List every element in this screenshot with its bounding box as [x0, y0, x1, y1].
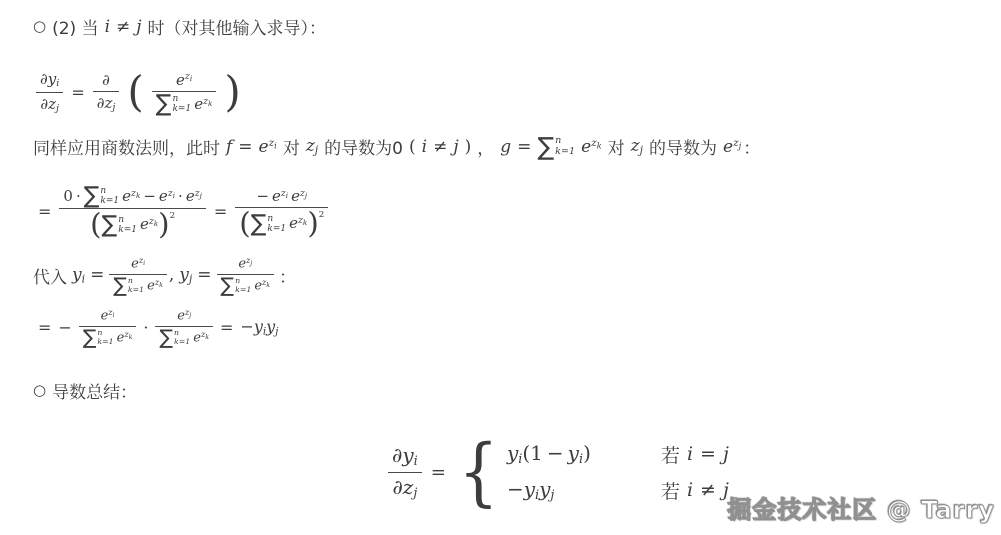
- equals-sign: =: [220, 318, 233, 337]
- equals-sign: =: [700, 443, 716, 465]
- var-yj: yj: [179, 265, 192, 285]
- partial-zj: ∂zj: [40, 95, 59, 115]
- sigma-symbol: ∑: [84, 186, 100, 206]
- var-j: j: [136, 17, 141, 37]
- e-pow-zk: ezk: [581, 137, 602, 157]
- summary-title-text: 导数总结：: [52, 378, 137, 403]
- case-row-not-equal: −yiyj 若 i ≠ j: [507, 477, 729, 504]
- equals-sign: =: [71, 83, 84, 102]
- exponent-2: 2: [319, 210, 325, 220]
- e-pow-zk: ezk: [117, 330, 133, 346]
- equals-sign: =: [214, 202, 227, 221]
- heading-post-text: 时（对其他输入求导）：: [148, 14, 327, 39]
- e-pow-zk: ezk: [194, 95, 212, 113]
- sum-operator: ∑nk=1: [102, 215, 137, 235]
- left-brace: {: [458, 437, 498, 507]
- cdot-sign: ·: [76, 187, 81, 205]
- fraction-yi-definition: ezi ∑nk=1ezk: [109, 256, 167, 294]
- e-pow-zi: ezi: [272, 187, 288, 205]
- case-condition: 若 i ≠ j: [661, 477, 729, 504]
- sum-limits: nk=1: [97, 329, 113, 346]
- summary-heading: ○ 导数总结：: [33, 378, 137, 403]
- sigma-symbol: ∑: [537, 136, 554, 157]
- comma-cn: ，: [477, 134, 494, 159]
- sum-lower-k1: k=1: [174, 338, 190, 347]
- equals-sign: =: [431, 462, 446, 483]
- word-if: 若: [661, 441, 680, 468]
- squared-sum-group: (∑nk=1 ezk)2: [90, 211, 175, 237]
- var-g: g: [500, 137, 511, 157]
- partial-yi: ∂yi: [40, 70, 59, 90]
- minus-sign: −: [58, 318, 71, 337]
- minus-sign: −: [256, 187, 269, 205]
- sum-limits: nk=1: [174, 329, 190, 346]
- e-pow-zk: ezk: [147, 278, 163, 294]
- sum-operator: ∑nk=1: [159, 329, 190, 346]
- comma: ,: [169, 265, 174, 285]
- case-row-equal: yi(1 − yi) 若 i = j: [507, 441, 729, 468]
- sum-limits: nk=1: [555, 136, 575, 157]
- neq-sign: ≠: [700, 479, 716, 501]
- formula-summary-cases: ∂yi ∂zj = { yi(1 − yi) 若 i = j −yiyj: [388, 437, 729, 507]
- e-pow-zi: ezi: [101, 308, 115, 324]
- partial-zj: ∂zj: [392, 475, 417, 501]
- zero-digit: 0: [63, 187, 73, 205]
- e-pow-zi: ezi: [259, 137, 277, 157]
- quotient-rule-sentence: 同样应用商数法则，此时 f = ezi 对 zj 的导数为0 ( i ≠ j )…: [33, 134, 760, 159]
- neq-sign: ≠: [433, 137, 447, 157]
- colon-cn: ：: [743, 134, 760, 159]
- bullet-circle-icon: ○: [33, 383, 46, 398]
- close-paren: ): [307, 206, 318, 240]
- cdot-sign: ·: [143, 318, 148, 337]
- fraction-dyi-dzj: ∂yi ∂zj: [388, 443, 422, 500]
- sum-operator: ∑nk=1: [84, 186, 119, 206]
- sigma-symbol: ∑: [159, 329, 173, 346]
- fraction-d-dzj: ∂ ∂zj: [93, 71, 120, 114]
- sum-lower-k1: k=1: [555, 147, 575, 158]
- e-pow-zj: ezj: [291, 187, 307, 205]
- sum-lower-k1: k=1: [267, 224, 286, 234]
- sum-operator: ∑nk=1: [537, 136, 575, 157]
- e-pow-zj: ezj: [238, 256, 252, 272]
- sum-upper-n: n: [100, 186, 119, 196]
- sum-upper-n: n: [172, 94, 191, 104]
- close-paren: ): [158, 207, 169, 241]
- var-i: i: [687, 479, 693, 501]
- e-pow-zi: ezi: [131, 256, 145, 272]
- var-i: i: [105, 17, 110, 37]
- word-if: 若: [661, 477, 680, 504]
- fraction-softmax: ezi ∑nk=1 ezk: [152, 71, 217, 114]
- equals-sign: =: [38, 202, 51, 221]
- sum-limits: nk=1: [100, 186, 119, 206]
- minus-yi-yj: −yiyj: [507, 477, 554, 503]
- equals-sign: =: [517, 137, 531, 157]
- substitution-sentence: 代入 yi = ezi ∑nk=1ezk , yj = ezj ∑nk=1ezk…: [33, 256, 296, 294]
- sum-operator: ∑nk=1: [221, 277, 252, 294]
- close-paren: ): [465, 137, 472, 157]
- yi-one-minus-yi: yi(1 − yi): [507, 441, 591, 467]
- e-pow-zi: ezi: [159, 187, 175, 205]
- sum-lower-k1: k=1: [100, 196, 119, 206]
- sum-limits: nk=1: [235, 277, 251, 294]
- sum-lower-k1: k=1: [97, 338, 113, 347]
- e-pow-zk: ezk: [254, 278, 270, 294]
- e-pow-zi: ezi: [176, 71, 192, 89]
- var-j: j: [453, 137, 458, 157]
- sum-limits: nk=1: [267, 214, 286, 234]
- sigma-symbol: ∑: [251, 214, 267, 234]
- sum-lower-k1: k=1: [118, 225, 137, 235]
- sum-upper-n: n: [555, 136, 575, 147]
- var-i: i: [687, 443, 693, 465]
- fraction-numerator-expansion: 0 · ∑nk=1 ezk − ezi · ezj (∑nk=1 ezk)2: [59, 186, 205, 237]
- colon-cn: ：: [279, 263, 296, 288]
- cases-rows: yi(1 − yi) 若 i = j −yiyj 若 i ≠ j: [507, 441, 729, 504]
- formula-derivative-definition: ∂yi ∂zj = ∂ ∂zj ( ezi ∑nk=1 ezk ): [36, 70, 241, 114]
- sum-operator: ∑nk=1: [251, 214, 286, 234]
- cases-block: { yi(1 − yi) 若 i = j −yiyj 若 i: [455, 437, 729, 507]
- formula-quotient-rule-applied: = 0 · ∑nk=1 ezk − ezi · ezj (∑nk=1 ezk)2…: [38, 186, 328, 237]
- fraction-yj-definition: ezj ∑nk=1ezk: [155, 308, 213, 346]
- exponent-2: 2: [170, 211, 176, 221]
- case-expression: −yiyj: [507, 477, 635, 503]
- open-paren: (: [90, 207, 101, 241]
- word-dui: 对: [283, 134, 300, 159]
- derivative-is-text: 的导数为: [649, 134, 717, 159]
- sum-upper-n: n: [267, 214, 286, 224]
- fraction-yj-definition: ezj ∑nk=1ezk: [217, 256, 275, 294]
- fraction-yi-definition: ezi ∑nk=1ezk: [79, 308, 137, 346]
- sum-limits: nk=1: [118, 215, 137, 235]
- minus-sign: −: [143, 187, 156, 205]
- word-dui: 对: [608, 134, 625, 159]
- partial-yi: ∂yi: [392, 443, 418, 469]
- e-pow-zj: ezj: [186, 187, 202, 205]
- sum-limits: nk=1: [172, 94, 191, 114]
- minus-yi-yj: −yiyj: [240, 317, 278, 337]
- var-j: j: [723, 443, 729, 465]
- watermark: 掘金技术社区 @ Tarry: [728, 490, 996, 525]
- sum-lower-k1: k=1: [235, 286, 251, 295]
- equals-sign: =: [38, 318, 51, 337]
- squared-sum-group: (∑nk=1 ezk)2: [239, 210, 324, 236]
- var-zj: zj: [631, 136, 643, 156]
- sigma-symbol: ∑: [221, 277, 235, 294]
- heading-pre-text: (2) 当: [52, 14, 98, 39]
- partial-symbol: ∂: [102, 71, 110, 89]
- equals-sign: =: [238, 137, 252, 157]
- sigma-symbol: ∑: [113, 277, 127, 294]
- sigma-symbol: ∑: [156, 94, 172, 114]
- equals-sign: =: [90, 265, 104, 285]
- fraction-simplified: − ezi ezj (∑nk=1 ezk)2: [235, 187, 328, 236]
- partial-zj: ∂zj: [97, 94, 116, 114]
- sum-operator: ∑nk=1: [113, 277, 144, 294]
- close-paren: ): [224, 75, 240, 109]
- word-substitute: 代入: [33, 263, 67, 288]
- formula-product-result: = − ezi ∑nk=1ezk · ezj ∑nk=1ezk = −yiyj: [38, 308, 278, 346]
- var-i: i: [422, 137, 427, 157]
- sum-limits: nk=1: [128, 277, 144, 294]
- derivative-is-zero-text: 的导数为0: [324, 134, 403, 159]
- e-pow-zj: ezj: [177, 308, 191, 324]
- open-paren: (: [409, 137, 416, 157]
- fraction-dyi-dzj: ∂yi ∂zj: [36, 70, 63, 114]
- heading-case-i-neq-j: ○ (2) 当 i ≠ j 时（对其他输入求导）：: [33, 14, 326, 39]
- open-paren: (: [127, 75, 143, 109]
- case-condition: 若 i = j: [661, 441, 729, 468]
- var-f: f: [226, 137, 232, 157]
- sum-lower-k1: k=1: [172, 104, 191, 114]
- cdot-sign: ·: [178, 187, 183, 205]
- e-pow-zk: ezk: [193, 330, 209, 346]
- bullet-circle-icon: ○: [33, 19, 46, 34]
- sum-upper-n: n: [118, 215, 137, 225]
- neq-sign: ≠: [116, 17, 130, 37]
- case-expression: yi(1 − yi): [507, 441, 635, 467]
- open-paren: (: [239, 206, 250, 240]
- sum-lower-k1: k=1: [128, 286, 144, 295]
- var-yi: yi: [72, 265, 85, 285]
- e-pow-zk: ezk: [122, 187, 140, 205]
- e-pow-zj: ezj: [723, 137, 741, 157]
- sentence-intro: 同样应用商数法则，此时: [33, 134, 220, 159]
- sigma-symbol: ∑: [102, 215, 118, 235]
- sum-operator: ∑nk=1: [83, 329, 114, 346]
- sum-operator: ∑nk=1: [156, 94, 191, 114]
- var-zj: zj: [306, 136, 318, 156]
- sigma-symbol: ∑: [83, 329, 97, 346]
- equals-sign: =: [197, 265, 211, 285]
